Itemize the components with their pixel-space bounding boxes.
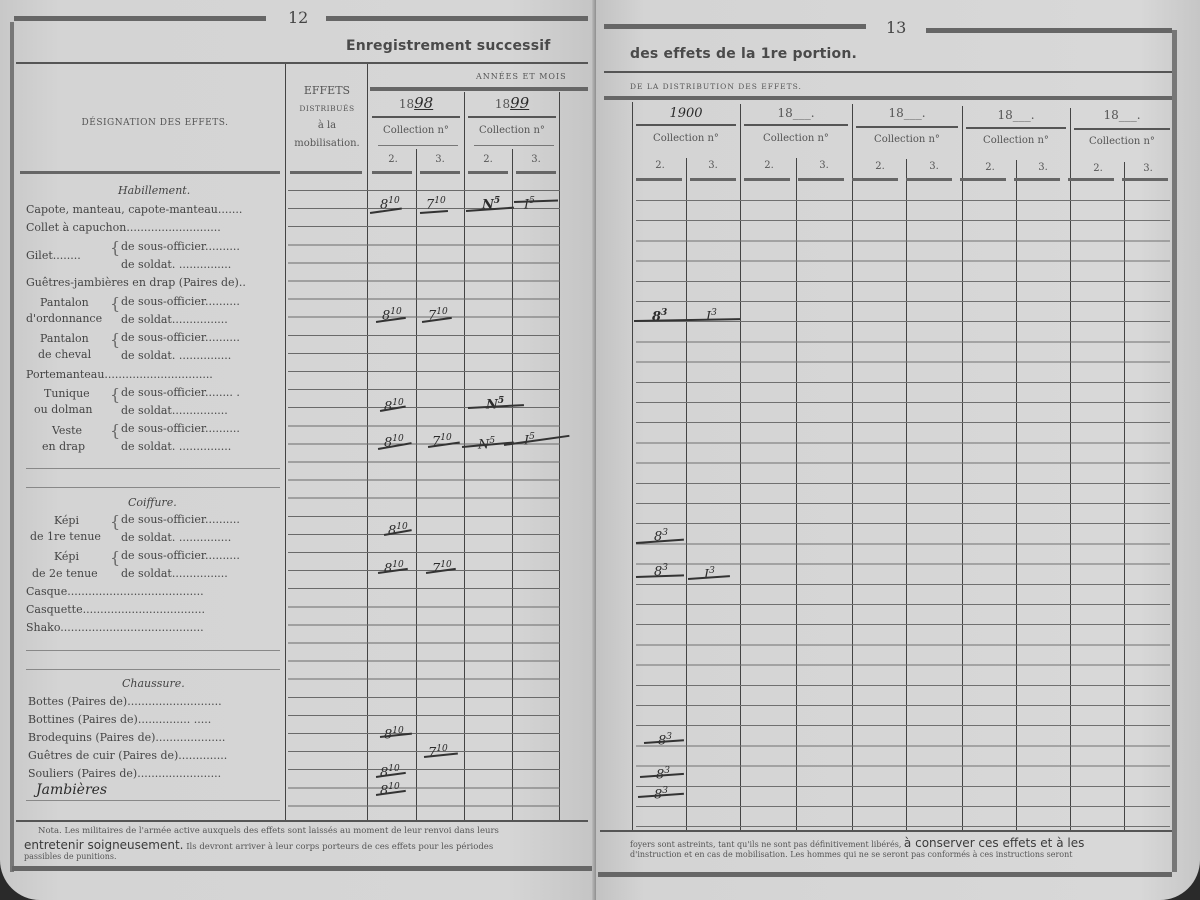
ruled-lines xyxy=(636,182,1170,828)
row-tunique: ou dolman xyxy=(34,403,92,416)
col-divider xyxy=(285,64,286,820)
year-98-label: 1898 xyxy=(370,94,462,112)
year-rule xyxy=(744,124,848,126)
year-rule xyxy=(372,116,460,118)
collection-label: Collection n° xyxy=(742,133,850,144)
row-brodequins: Brodequins (Paires de)..................… xyxy=(28,731,225,744)
entry-pantalon-1900-3: I3 xyxy=(706,308,717,324)
sub-col-2: 2. xyxy=(465,154,511,165)
year-col-blank: 18___. xyxy=(964,108,1068,122)
nota-continued-line-1: foyers sont astreints, tant qu'ils ne so… xyxy=(630,836,1084,850)
distribution-header: DE LA DISTRIBUTION DES EFFETS. xyxy=(630,82,802,91)
row-kepi2-soldat: de soldat................ xyxy=(121,567,228,580)
year-rule xyxy=(1074,128,1170,130)
header-rule xyxy=(370,87,588,91)
row-pantalon-chev-soldat: de soldat. ............... xyxy=(121,349,231,362)
sub-col-3: 3. xyxy=(907,161,961,172)
row-kepi-1re: de 1re tenue xyxy=(30,530,101,543)
top-ornament-rule xyxy=(14,16,266,21)
section-chaussure: Chaussure. xyxy=(122,677,185,690)
brace: { xyxy=(110,512,120,531)
sub-col-2: 2. xyxy=(964,162,1016,173)
nota-line-1: Nota. Les militaires de l'armée active a… xyxy=(38,826,499,836)
collection-label: Collection n° xyxy=(964,135,1068,146)
row-pantalon-ord-sous: de sous-officier.......... xyxy=(121,295,240,308)
row-tunique-sous: de sous-officier........ . xyxy=(121,386,240,399)
row-pantalon-chev-sous: de sous-officier.......... xyxy=(121,331,240,344)
sub-col-3: 3. xyxy=(417,154,463,165)
row-pantalon-ord-soldat: de soldat................ xyxy=(121,313,228,326)
row-souliers: Souliers (Paires de)....................… xyxy=(28,767,221,780)
effets-header-4: mobilisation. xyxy=(288,138,366,149)
year-rule xyxy=(966,127,1066,129)
year-rule xyxy=(636,124,736,126)
row-veste-sous: de sous-officier.......... xyxy=(121,422,240,435)
annees-header: ANNÉES ET MOIS xyxy=(476,72,567,81)
row-gilet-soldat: de soldat. ............... xyxy=(121,258,231,271)
header-rule xyxy=(604,96,1172,100)
ruled-lines xyxy=(288,174,560,819)
blank-row-line xyxy=(26,800,280,801)
page-title: Enregistrement successif xyxy=(346,38,551,54)
blank-row-line xyxy=(26,468,280,469)
row-guetres-jambieres: Guêtres-jambières en drap (Paires de).. xyxy=(26,276,246,289)
left-page: 12 Enregistrement successif DÉSIGNATION … xyxy=(0,0,596,900)
header-bottom-rule xyxy=(20,171,280,174)
year-handwritten: 98 xyxy=(414,94,433,112)
entry-veste-98-3: 710 xyxy=(432,433,452,449)
bottom-ornament-rule xyxy=(12,866,592,871)
table-bottom-rule xyxy=(600,830,1172,832)
year-rule xyxy=(468,116,556,118)
blank-row-line xyxy=(26,487,280,488)
effets-header-2: DISTRIBUÉS xyxy=(288,104,366,113)
section-habillement: Habillement. xyxy=(118,184,190,197)
sub-col-2: 2. xyxy=(634,160,686,171)
year-col-blank: 18___. xyxy=(742,106,850,120)
row-collet: Collet à capuchon.......................… xyxy=(26,221,221,234)
brace: { xyxy=(110,548,120,567)
sub-col-3: 3. xyxy=(797,160,851,171)
sub-col-2: 2. xyxy=(742,160,796,171)
sub-col-3: 3. xyxy=(1125,163,1171,174)
nota-continued-line-2: d'instruction et en cas de mobilisation.… xyxy=(630,850,1072,859)
row-pantalon-cheval: Pantalon xyxy=(40,332,89,345)
table-bottom-rule xyxy=(16,820,588,822)
year-99-label: 1899 xyxy=(466,94,558,112)
brace: { xyxy=(110,385,120,404)
blank-row-line xyxy=(26,669,280,670)
entry-guetres-98-3: 710 xyxy=(428,744,448,760)
year-rule xyxy=(856,126,958,128)
top-ornament-rule xyxy=(326,16,588,21)
row-casquette: Casquette...............................… xyxy=(26,603,205,616)
row-kepi-2e: Képi xyxy=(54,550,79,563)
row-portemanteau: Portemanteau............................… xyxy=(26,368,213,381)
designation-header: DÉSIGNATION DES EFFETS. xyxy=(30,118,280,128)
sub-col-2: 2. xyxy=(854,161,906,172)
title-rule xyxy=(16,62,588,64)
page-number: 13 xyxy=(886,18,906,37)
year-col-blank: 18___. xyxy=(1072,108,1172,122)
top-ornament-rule xyxy=(926,28,1172,33)
brace: { xyxy=(110,294,120,313)
nota-line-3: passibles de punitions. xyxy=(24,852,117,861)
row-capote: Capote, manteau, capote-manteau....... xyxy=(26,203,242,216)
year-col-1900: 1900 xyxy=(634,106,738,121)
right-frame-border xyxy=(1172,30,1177,872)
collection-label: Collection n° xyxy=(370,125,462,136)
collection-label: Collection n° xyxy=(466,125,558,136)
collection-ornament xyxy=(378,145,458,146)
row-casque: Casque..................................… xyxy=(26,585,204,598)
effets-header-3: à la xyxy=(288,120,366,131)
brace: { xyxy=(110,238,120,257)
header-bottom-rule xyxy=(636,178,1172,181)
row-gilet-sous: de sous-officier.......... xyxy=(121,240,240,253)
row-veste: en drap xyxy=(42,440,85,453)
collection-label: Collection n° xyxy=(1072,136,1172,147)
left-frame-border xyxy=(10,22,14,872)
entry-capote-99-3: I5 xyxy=(524,196,535,212)
row-kepi-1re: Képi xyxy=(54,514,79,527)
row-kepi2-sous: de sous-officier.......... xyxy=(121,549,240,562)
row-kepi1-soldat: de soldat. ............... xyxy=(121,531,231,544)
row-veste: Veste xyxy=(52,424,82,437)
row-guetres-cuir: Guêtres de cuir (Paires de).............… xyxy=(28,749,227,762)
sub-col-2: 2. xyxy=(370,154,416,165)
brace: { xyxy=(110,330,120,349)
year-col-blank: 18___. xyxy=(854,106,960,120)
row-pantalon-cheval: de cheval xyxy=(38,348,91,361)
row-pantalon-ordonnance: d'ordonnance xyxy=(26,312,102,325)
entry-kepi2-1900-3: I3 xyxy=(704,566,715,582)
sub-col-3: 3. xyxy=(513,154,559,165)
effets-header: EFFETS xyxy=(288,84,366,97)
row-kepi1-sous: de sous-officier.......... xyxy=(121,513,240,526)
collection-ornament xyxy=(474,145,554,146)
brace: { xyxy=(110,421,120,440)
collection-label: Collection n° xyxy=(634,133,738,144)
nota-emphasis: à conserver ces effets et à les xyxy=(904,836,1084,850)
row-pantalon-ordonnance: Pantalon xyxy=(40,296,89,309)
row-bottes: Bottes (Paires de)......................… xyxy=(28,695,222,708)
row-kepi-2e: de 2e tenue xyxy=(32,567,98,580)
row-tunique: Tunique xyxy=(44,387,90,400)
right-page: 13 des effets de la 1re portion. DE LA D… xyxy=(596,0,1200,900)
page-title: des effets de la 1re portion. xyxy=(630,46,857,62)
row-jambieres-handwritten: Jambières xyxy=(36,782,107,798)
nota-line-2: entretenir soigneusement. Ils devront ar… xyxy=(24,838,493,852)
entry-pantalon-1900-2: 83 xyxy=(652,308,667,324)
nota-emphasis: entretenir soigneusement. xyxy=(24,838,184,852)
bottom-ornament-rule xyxy=(598,872,1172,877)
section-coiffure: Coiffure. xyxy=(128,496,177,509)
row-bottines: Bottines (Paires de)............... ....… xyxy=(28,713,211,726)
year-handwritten: 99 xyxy=(510,94,529,112)
col-divider xyxy=(632,102,633,830)
row-gilet: Gilet........ xyxy=(26,249,81,262)
sub-col-3: 3. xyxy=(1017,162,1069,173)
blank-row-line xyxy=(26,650,280,651)
row-shako: Shako...................................… xyxy=(26,621,204,634)
page-number: 12 xyxy=(288,8,308,27)
sub-col-3: 3. xyxy=(687,160,739,171)
row-veste-soldat: de soldat. ............... xyxy=(121,440,231,453)
entry-tunique-99-2: N5 xyxy=(486,396,504,412)
collection-label: Collection n° xyxy=(854,134,960,145)
row-tunique-soldat: de soldat................ xyxy=(121,404,228,417)
sub-col-2: 2. xyxy=(1072,163,1124,174)
title-rule xyxy=(604,71,1172,73)
top-ornament-rule xyxy=(604,24,866,29)
